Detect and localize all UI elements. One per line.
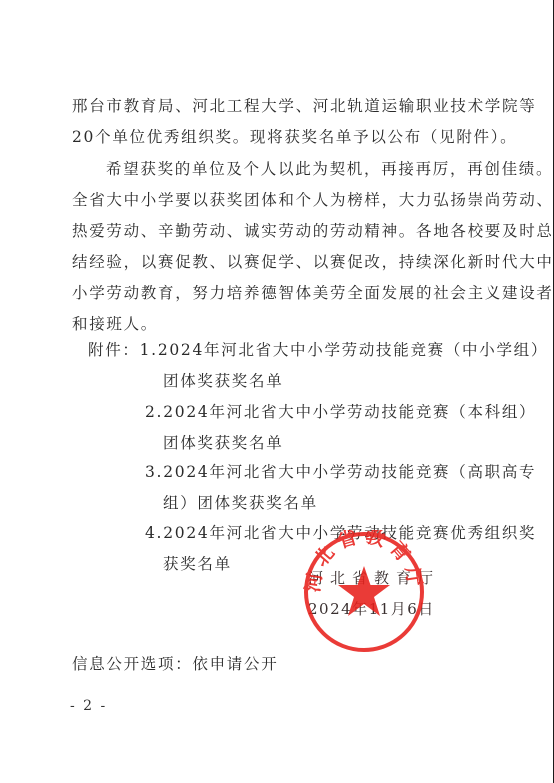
body-line-1: 邢台市教育局、河北工程大学、河北轨道运输职业技术学院等 [72,96,536,116]
body-line-8: 和接班人。 [72,314,158,334]
page-number: - 2 - [70,698,107,714]
body-line-7: 小学劳动教育，努力培养德智体美劳全面发展的社会主义建设者 [72,283,554,303]
attachments-label: 附件：1.2024年河北省大中小学劳动技能竞赛（中小学组） [88,340,548,360]
disclosure-option: 信息公开选项：依申请公开 [72,652,278,674]
attachment-2-title: 2024年河北省大中小学劳动技能竞赛（本科组） [163,403,536,421]
attachment-2-title-cont: 团体奖获奖名单 [163,433,283,453]
attachment-4-title-cont: 获奖名单 [163,554,232,574]
body-line-6: 结经验，以赛促教、以赛促学、以赛促改，持续深化新时代大中 [72,252,554,272]
attachment-4-number: 4. [145,524,163,542]
document-page: 邢台市教育局、河北工程大学、河北轨道运输职业技术学院等 20个单位优秀组织奖。现… [0,0,554,783]
official-seal-icon: 河北省教育厅 [302,530,426,654]
body-line-3: 希望获奖的单位及个人以此为契机，再接再厉，再创佳绩。 [106,159,553,179]
body-line-2: 20个单位优秀组织奖。现将获奖名单予以公布（见附件）。 [72,127,517,147]
attachment-3-title-cont: 组）团体奖获奖名单 [163,493,318,513]
attachment-2-number: 2. [145,403,163,421]
attachment-2: 2.2024年河北省大中小学劳动技能竞赛（本科组） [145,402,536,422]
attachment-3-title: 2024年河北省大中小学劳动技能竞赛（高职高专 [163,463,536,481]
attachment-1-title-cont: 团体奖获奖名单 [163,371,283,391]
attachment-3-number: 3. [145,463,163,481]
body-line-5: 热爱劳动、辛勤劳动、诚实劳动的劳动精神。各地各校要及时总 [72,221,554,241]
attachments-label-text: 附件： [88,341,140,359]
attachment-1-number: 1. [140,341,158,359]
attachment-3: 3.2024年河北省大中小学劳动技能竞赛（高职高专 [145,462,536,482]
attachment-1-title: 2024年河北省大中小学劳动技能竞赛（中小学组） [158,341,548,359]
body-line-4: 全省大中小学要以获奖团体和个人为榜样，大力弘扬崇尚劳动、 [72,190,554,210]
